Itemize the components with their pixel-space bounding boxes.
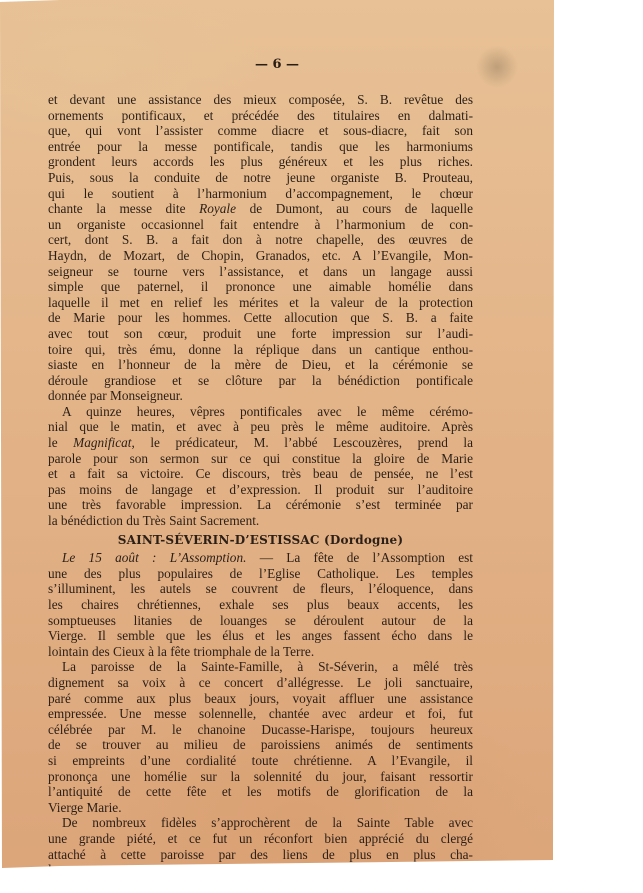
text-line: une grande piété, et ce fut un réconfort… bbox=[48, 831, 473, 847]
text-line: Vierge. Il semble que les élus et les an… bbox=[48, 628, 473, 644]
paragraph-communion: De nombreux fidèles s’approchèrent de la… bbox=[48, 815, 473, 877]
paragraph-parish: La paroisse de la Sainte-Famille, à St-S… bbox=[48, 659, 473, 815]
text-line: une très favorable impression. La cérémo… bbox=[48, 497, 473, 513]
italic-date: Le 15 août : L’Assomption. bbox=[62, 550, 246, 565]
section-heading: SAINT-SÉVERIN-D’ESTISSAC (Dordogne) bbox=[48, 533, 473, 549]
text-line: l’antiquité de cette fête et les motifs … bbox=[48, 784, 473, 800]
scanned-page: — 6 — et devant une assistance des mieux… bbox=[0, 0, 554, 868]
text-line: le Magnificat, le prédicateur, M. l’abbé… bbox=[48, 435, 473, 451]
text-line: parole pour son sermon sur ce qui consti… bbox=[48, 451, 473, 467]
text-line: La paroisse de la Sainte-Famille, à St-S… bbox=[48, 659, 473, 675]
text-line: Puis, sous la conduite de notre jeune or… bbox=[48, 170, 473, 186]
page-body: et devant une assistance des mieux compo… bbox=[48, 92, 473, 878]
text-line: toire qui, très ému, donne la réplique d… bbox=[48, 342, 473, 358]
text-line: prononça une homélie sur la solennité du… bbox=[48, 769, 473, 785]
text-line: un organiste occasionnel fait entendre à… bbox=[48, 217, 473, 233]
text-line: laquelle il met en relief les mérites et… bbox=[48, 295, 473, 311]
text-line: qui le soutient à l’harmonium d’accompag… bbox=[48, 186, 473, 202]
text-line: que, qui vont l’assister comme diacre et… bbox=[48, 123, 473, 139]
text-line: de se trouver au milieu de paroissiens a… bbox=[48, 737, 473, 753]
text-line: dignement sa voix à ce concert d’allégre… bbox=[48, 675, 473, 691]
text-line: les chaires chrétiennes, exhale ses plus… bbox=[48, 597, 473, 613]
text-line: entrée pour la messe pontificale, tandis… bbox=[48, 139, 473, 155]
text-line: pas moins de langage et d’expression. Il… bbox=[48, 482, 473, 498]
text-line: ornements pontificaux, et précédée des t… bbox=[48, 108, 473, 124]
text-line: lointain des Cieux à la fête triomphale … bbox=[48, 644, 473, 660]
text-line: s’illuminent, les autels se couvrent de … bbox=[48, 581, 473, 597]
text-line: avec tout son cœur, produit une forte im… bbox=[48, 326, 473, 342]
text-line: chante la messe dite Royale de Dumont, a… bbox=[48, 201, 473, 217]
text-line: De nombreux fidèles s’approchèrent de la… bbox=[48, 815, 473, 831]
text-line: simple que paternel, il prononce une aim… bbox=[48, 279, 473, 295]
text-line: si empreints d’une cordialité toute chré… bbox=[48, 753, 473, 769]
text-line: de Marie pour les hommes. Cette allocuti… bbox=[48, 310, 473, 326]
text-line: Haydn, de Mozart, de Chopin, Granados, e… bbox=[48, 248, 473, 264]
paragraph-ceremony-morning: et devant une assistance des mieux compo… bbox=[48, 92, 473, 404]
text-line: nial que le matin, et avec à peu près le… bbox=[48, 419, 473, 435]
italic-title: Magnificat bbox=[73, 435, 131, 450]
text-line: et a fait sa victoire. Ce discours, très… bbox=[48, 466, 473, 482]
text-line: attaché à cette paroisse par des liens d… bbox=[48, 847, 473, 863]
text-line: Le 15 août : L’Assomption. — La fête de … bbox=[48, 550, 473, 566]
text-line: la bénédiction du Très Saint Sacrement. bbox=[48, 513, 473, 529]
text-line: donnée par Monseigneur. bbox=[48, 388, 473, 404]
text-line: empressée. Une messe solennelle, chantée… bbox=[48, 706, 473, 722]
text-line: une des plus populaires de l’Eglise Cath… bbox=[48, 566, 473, 582]
paragraph-vespers: A quinze heures, vêpres pontificales ave… bbox=[48, 404, 473, 529]
text-line: siaste en l’honneur de la mère de Dieu, … bbox=[48, 357, 473, 373]
text-line: grondent leurs accords les plus généreux… bbox=[48, 154, 473, 170]
text-line: Vierge Marie. bbox=[48, 800, 473, 816]
italic-title: Royale bbox=[199, 201, 236, 216]
paragraph-assumption: Le 15 août : L’Assomption. — La fête de … bbox=[48, 550, 473, 659]
text-line: célébrée par M. le chanoine Ducasse-Hari… bbox=[48, 722, 473, 738]
text-line: paré comme aux plus beaux jours, voyait … bbox=[48, 691, 473, 707]
text-line: et devant une assistance des mieux compo… bbox=[48, 92, 473, 108]
text-line: déroule grandiose et se clôture par la b… bbox=[48, 373, 473, 389]
text-line: A quinze heures, vêpres pontificales ave… bbox=[48, 404, 473, 420]
text-line: leureux. bbox=[48, 862, 473, 878]
page-number: — 6 — bbox=[0, 57, 554, 72]
text-line: cert, dont S. B. a fait don à notre chap… bbox=[48, 232, 473, 248]
text-line: somptueuses litanies de louanges se déro… bbox=[48, 613, 473, 629]
text-line: seigneur se tourne vers l’assistance, et… bbox=[48, 264, 473, 280]
